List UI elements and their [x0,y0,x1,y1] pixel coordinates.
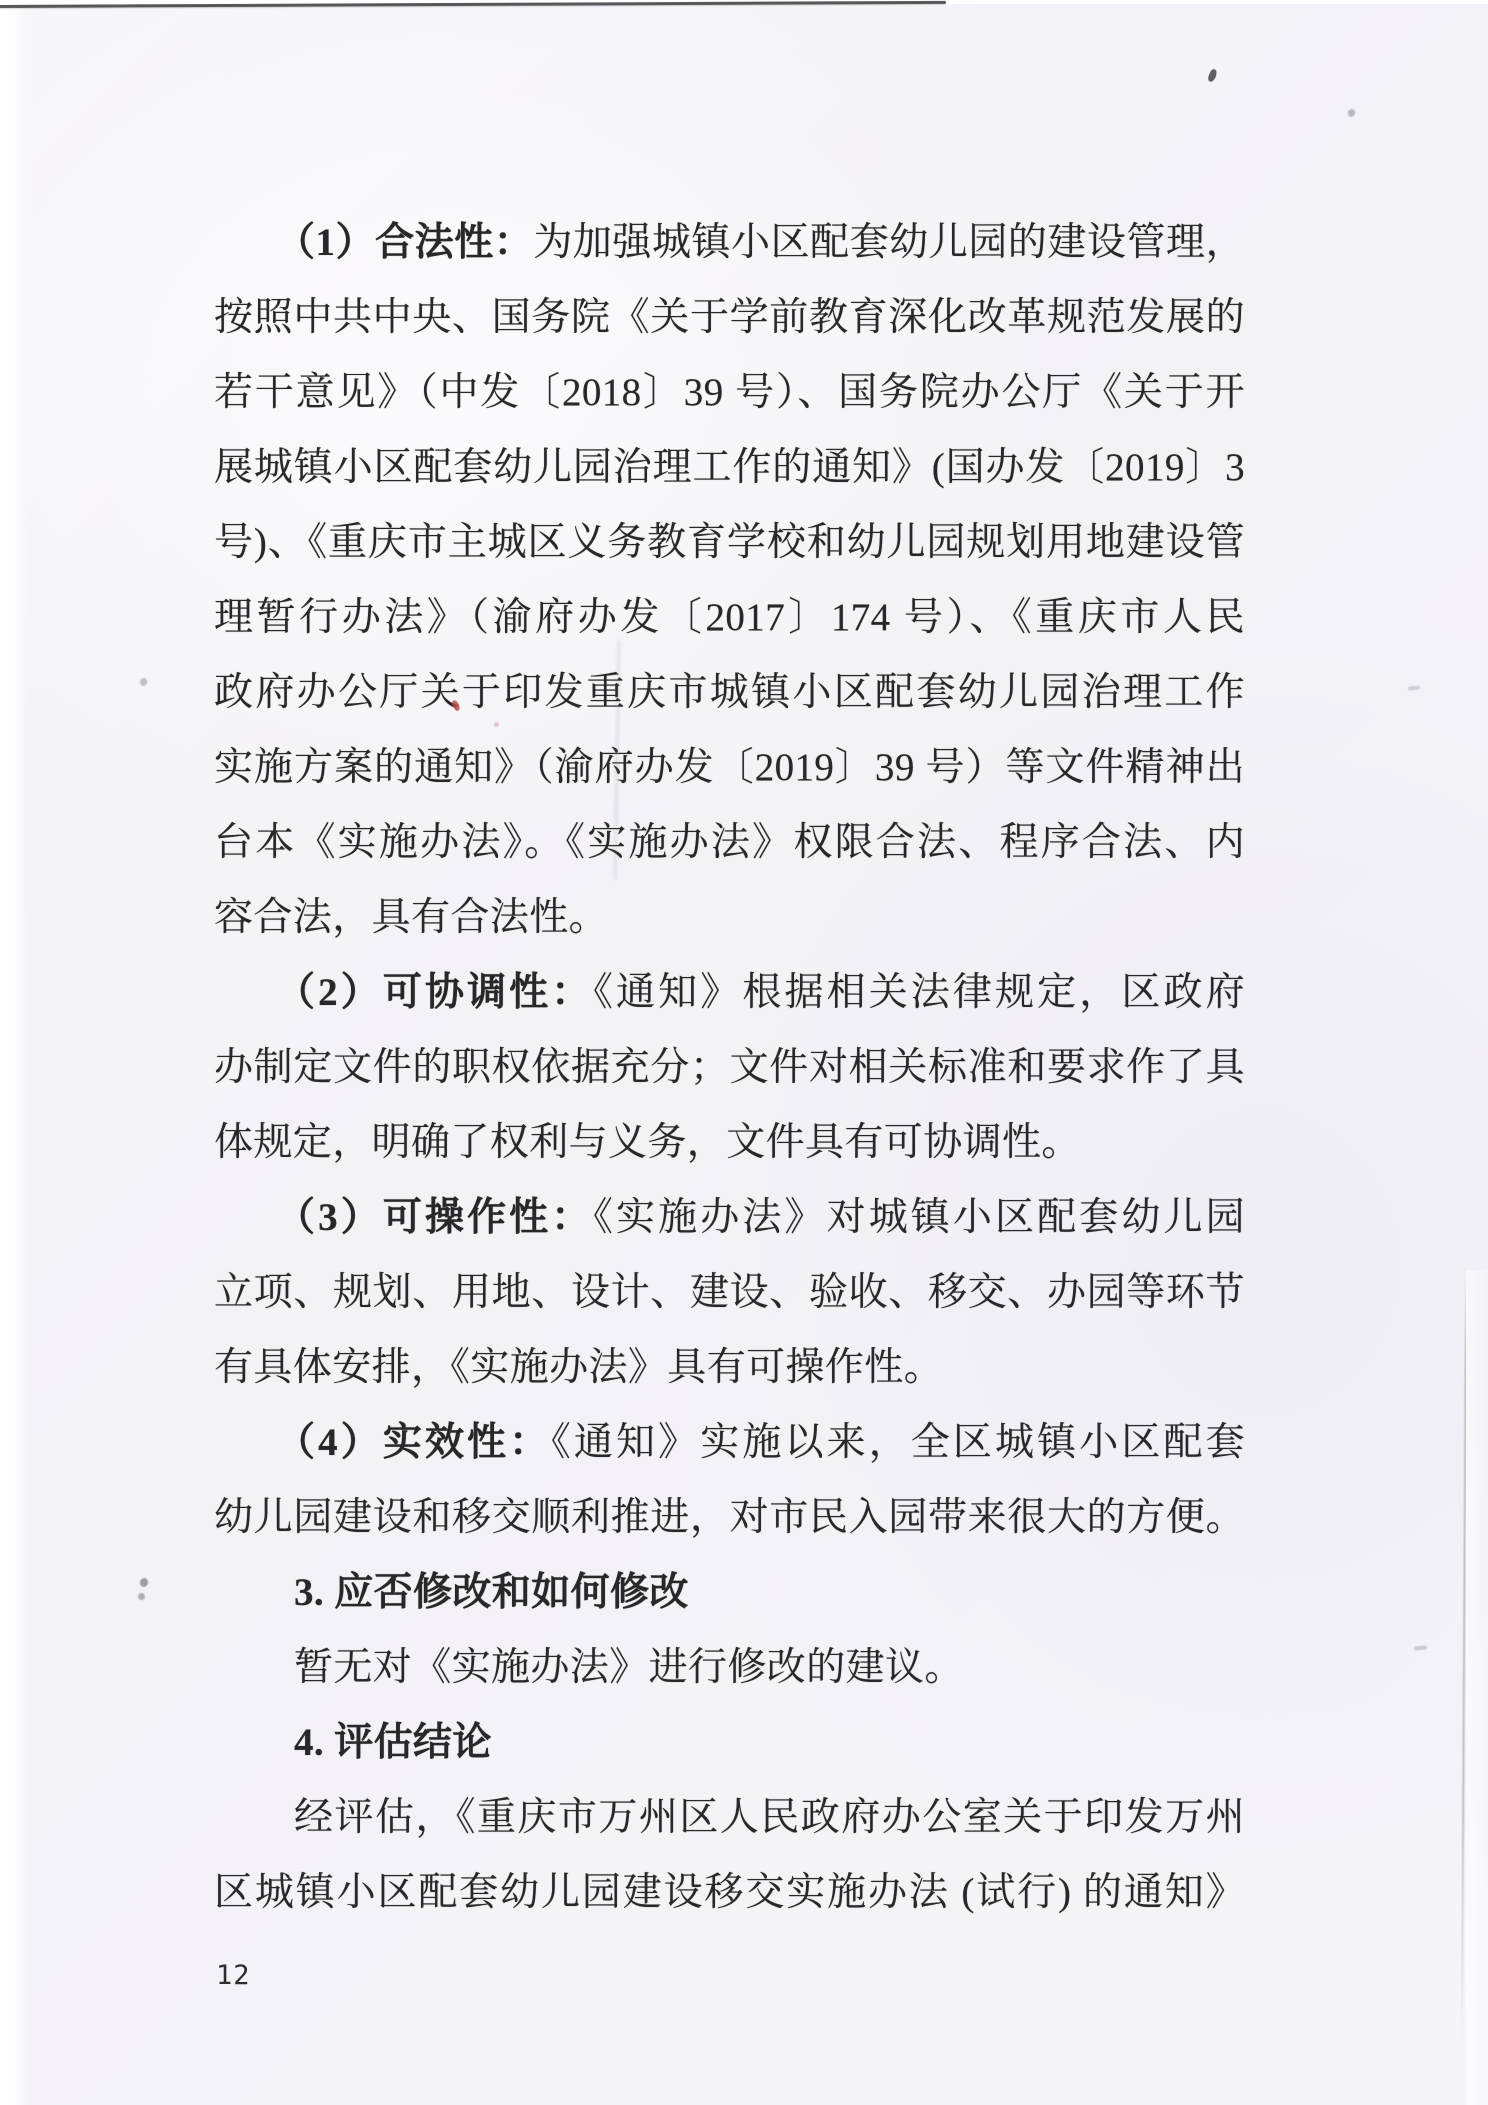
text-line: （4）实效性：《通知》实施以来，全区城镇小区配套 [214,1405,1245,1480]
text-line: 幼儿园建设和移交顺利推进，对市民入园带来很大的方便。 [214,1480,1245,1555]
gray-dash-right [1408,685,1420,691]
text-line: 政府办公厅关于印发重庆市城镇小区配套幼儿园治理工作 [214,655,1245,730]
text-segment: 理暂行办法》（渝府办发〔2017〕174 号）、《重庆市人民 [214,596,1245,639]
heading-line: 3. 应否修改和如何修改 [214,1555,1245,1630]
bold-text-segment: （3）可操作性： [276,1196,593,1239]
text-line: 理暂行办法》（渝府办发〔2017〕174 号）、《重庆市人民 [214,580,1245,655]
text-line: 台本《实施办法》。《实施办法》权限合法、程序合法、内 [214,805,1245,880]
text-segment: 政府办公厅关于印发重庆市城镇小区配套幼儿园治理工作 [214,671,1245,714]
left-margin-speck-3 [139,677,147,686]
text-line: （3）可操作性：《实施办法》对城镇小区配套幼儿园 [214,1180,1245,1255]
scan-left-bright-strip [0,0,27,2105]
text-line: 体规定，明确了权利与义务，文件具有可协调性。 [214,1105,1245,1180]
text-line: 暂无对《实施办法》进行修改的建议。 [214,1630,1245,1705]
scan-right-light-strip [1466,1270,1488,2105]
left-margin-speck [139,1577,149,1588]
text-segment: 《实施办法》对城镇小区配套幼儿园 [593,1196,1245,1239]
text-line: 区城镇小区配套幼儿园建设移交实施办法 (试行) 的通知》 [214,1855,1245,1930]
text-segment: 区城镇小区配套幼儿园建设移交实施办法 (试行) 的通知》 [214,1871,1245,1914]
text-line: 实施方案的通知》（渝府办发〔2019〕39 号）等文件精神出 [214,730,1245,805]
text-segment: 办制定文件的职权依据充分；文件对相关标准和要求作了具 [214,1046,1245,1089]
text-line: （1）合法性：为加强城镇小区配套幼儿园的建设管理， [214,205,1245,280]
text-line: 经评估，《重庆市万州区人民政府办公室关于印发万州 [214,1780,1245,1855]
text-segment: 《通知》根据相关法律规定，区政府 [593,971,1245,1014]
text-segment: 经评估，《重庆市万州区人民政府办公室关于印发万州 [294,1796,1245,1839]
text-segment: 展城镇小区配套幼儿园治理工作的通知》(国办发〔2019〕3 [214,446,1245,489]
text-segment: 号)、《重庆市主城区义务教育学校和幼儿园规划用地建设管 [214,521,1245,564]
red-pen-mark-faint [494,722,499,727]
bold-text-segment: （1）合法性： [276,221,533,264]
document-text-block: （1）合法性：为加强城镇小区配套幼儿园的建设管理，按照中共中央、国务院《关于学前… [214,205,1245,1930]
text-segment: 幼儿园建设和移交顺利推进，对市民入园带来很大的方便。 [214,1496,1245,1539]
text-line: 若干意见》（中发〔2018〕39 号）、国务院办公厅《关于开 [214,355,1245,430]
text-line: 按照中共中央、国务院《关于学前教育深化改革规范发展的 [214,280,1245,355]
bold-text-segment: 4. 评估结论 [294,1721,492,1764]
ink-speck-top-right [1207,68,1219,83]
text-segment: 《通知》实施以来，全区城镇小区配套 [551,1421,1245,1464]
ink-speck-top-right-2 [1346,108,1356,118]
bold-text-segment: 3. 应否修改和如何修改 [294,1571,689,1614]
gray-dash-right-2 [1414,1645,1427,1650]
text-segment: 若干意见》（中发〔2018〕39 号）、国务院办公厅《关于开 [214,371,1245,414]
bold-text-segment: （4）实效性： [276,1421,551,1464]
text-segment: 实施方案的通知》（渝府办发〔2019〕39 号）等文件精神出 [214,746,1245,789]
heading-line: 4. 评估结论 [214,1705,1245,1780]
text-segment: 台本《实施办法》。《实施办法》权限合法、程序合法、内 [214,821,1245,864]
text-line: 号)、《重庆市主城区义务教育学校和幼儿园规划用地建设管 [214,505,1245,580]
text-line: （2）可协调性：《通知》根据相关法律规定，区政府 [214,955,1245,1030]
text-segment: 立项、规划、用地、设计、建设、验收、移交、办园等环节 [214,1271,1245,1314]
text-line: 容合法，具有合法性。 [214,880,1245,955]
left-margin-speck-2 [138,1593,145,1600]
text-segment: 为加强城镇小区配套幼儿园的建设管理， [533,221,1245,264]
scanned-page: （1）合法性：为加强城镇小区配套幼儿园的建设管理，按照中共中央、国务院《关于学前… [0,0,1488,2105]
text-line: 立项、规划、用地、设计、建设、验收、移交、办园等环节 [214,1255,1245,1330]
page-number: 12 [216,1960,251,1991]
text-segment: 体规定，明确了权利与义务，文件具有可协调性。 [214,1121,1081,1164]
text-segment: 按照中共中央、国务院《关于学前教育深化改革规范发展的 [214,296,1245,339]
text-segment: 暂无对《实施办法》进行修改的建议。 [294,1646,964,1689]
text-segment: 有具体安排，《实施办法》具有可操作性。 [214,1346,943,1389]
text-line: 展城镇小区配套幼儿园治理工作的通知》(国办发〔2019〕3 [214,430,1245,505]
text-line: 有具体安排，《实施办法》具有可操作性。 [214,1330,1245,1405]
bold-text-segment: （2）可协调性： [276,971,593,1014]
text-segment: 容合法，具有合法性。 [214,896,608,939]
text-line: 办制定文件的职权依据充分；文件对相关标准和要求作了具 [214,1030,1245,1105]
